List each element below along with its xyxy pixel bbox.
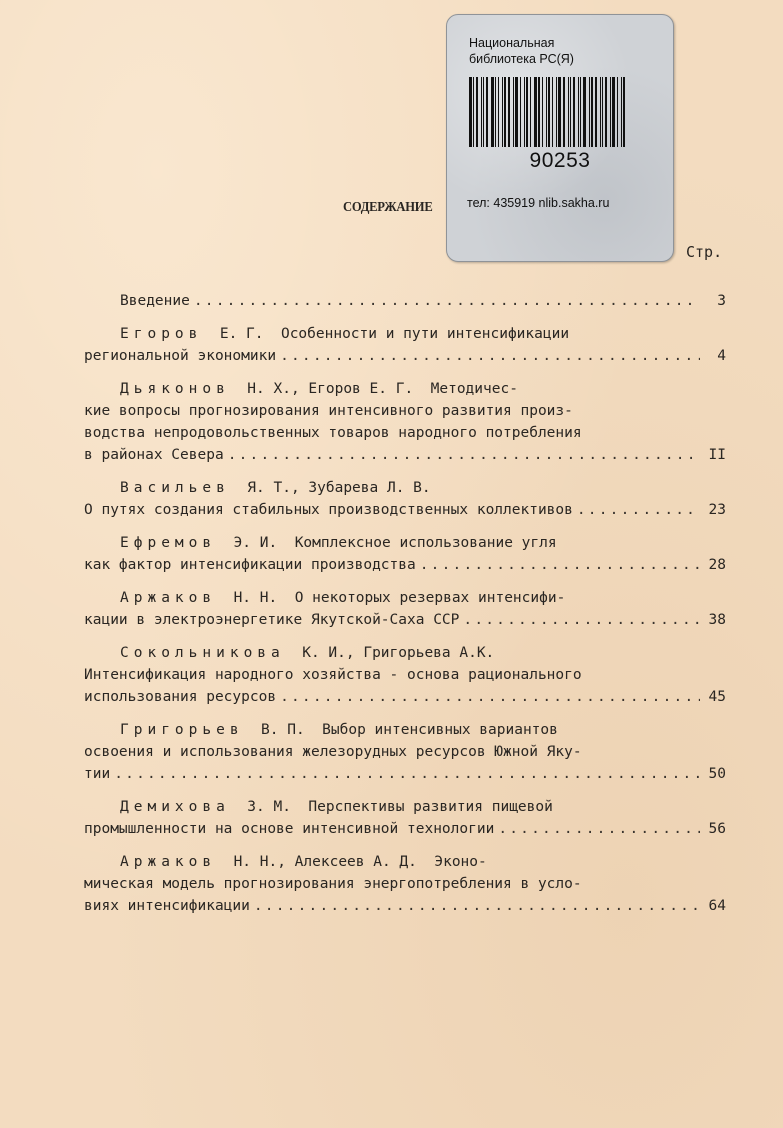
toc-entry: Егоров Е. Г. Особенности и пути интенсиф…	[84, 323, 726, 367]
toc-entry-author: Дьяконов	[120, 378, 230, 400]
toc-entry-line: Егоров Е. Г. Особенности и пути интенсиф…	[84, 323, 726, 345]
toc-entry-line: в районах Севера........................…	[84, 444, 726, 466]
leader-dots: ........................................…	[254, 895, 700, 917]
toc-entry-initials: В. П.	[244, 719, 323, 741]
toc-entry-line: Васильев Я. Т., Зубарева Л. В.	[84, 477, 726, 499]
toc-entry-line: освоения и использования железорудных ре…	[84, 741, 726, 763]
toc-entry-line: Сокольникова К. И., Григорьева А.К.	[84, 642, 726, 664]
toc-entry-line: Аржаков Н. Н., Алексеев А. Д. Эконо-	[84, 851, 726, 873]
leader-dots: ........................................…	[114, 763, 700, 785]
library-name-line1: Национальная	[469, 35, 574, 51]
toc-entry: Сокольникова К. И., Григорьева А.К. Инте…	[84, 642, 726, 708]
toc-entry-line: промышленности на основе интенсивной тех…	[84, 818, 726, 840]
leader-dots: ........................................…	[577, 499, 700, 521]
toc-entry-text: виях интенсификации	[84, 895, 250, 917]
toc-entry-text: О некоторых резервах интенсифи-	[295, 587, 566, 609]
toc-entry: Григорьев В. П. Выбор интенсивных вариан…	[84, 719, 726, 785]
toc-entry: Дьяконов Н. Х., Егоров Е. Г. Методичес-к…	[84, 378, 726, 466]
toc-entry-text: использования ресурсов	[84, 686, 276, 708]
toc-entry-author: Демихова	[120, 796, 230, 818]
toc-entry-line: Интенсификация народного хозяйства - осн…	[84, 664, 726, 686]
leader-dots: ........................................…	[280, 345, 700, 367]
toc-entry-page: 45	[704, 686, 726, 708]
toc-entry-text: Эконо-	[434, 851, 486, 873]
toc-entry-page: II	[704, 444, 726, 466]
toc-entry-line: Дьяконов Н. Х., Егоров Е. Г. Методичес-	[84, 378, 726, 400]
toc-entry-initials: Н. Н.	[216, 587, 295, 609]
toc-entry-line: кие вопросы прогнозирования интенсивного…	[84, 400, 726, 422]
toc-entry-text: Введение	[120, 290, 190, 312]
toc-entry-text: Комплексное использование угля	[295, 532, 557, 554]
library-contact: тел: 435919 nlib.sakha.ru	[467, 196, 609, 210]
toc-entry-author: Сокольникова	[120, 642, 285, 664]
toc-entry-line: мическая модель прогнозирования энергопо…	[84, 873, 726, 895]
toc-entry-text: водства непродовольственных товаров наро…	[84, 422, 582, 444]
library-name-line2: библиотека РС(Я)	[469, 51, 574, 67]
leader-dots: ........................................…	[228, 444, 700, 466]
toc-entry-line: Ефремов Э. И. Комплексное использование …	[84, 532, 726, 554]
toc-entry-page: 4	[704, 345, 726, 367]
toc-entry-initials: К. И., Григорьева А.К.	[285, 642, 512, 664]
toc-entry-text: Выбор интенсивных вариантов	[322, 719, 558, 741]
toc-entry-line: Демихова З. М. Перспективы развития пище…	[84, 796, 726, 818]
toc-entry-line: водства непродовольственных товаров наро…	[84, 422, 726, 444]
toc-entry-initials: Е. Г.	[202, 323, 281, 345]
toc-entry: Введение................................…	[84, 290, 726, 312]
toc-entry: Васильев Я. Т., Зубарева Л. В. О путях с…	[84, 477, 726, 521]
toc-entry: Аржаков Н. Н. О некоторых резервах интен…	[84, 587, 726, 631]
toc-entry-author: Егоров	[120, 323, 202, 345]
leader-dots: ........................................…	[280, 686, 700, 708]
toc-entry-page: 38	[704, 609, 726, 631]
document-page: Национальная библиотека РС(Я) 90253 тел:…	[0, 0, 783, 1128]
toc-entry: Демихова З. М. Перспективы развития пище…	[84, 796, 726, 840]
barcode-icon	[469, 77, 644, 147]
leader-dots: ........................................…	[194, 290, 700, 312]
toc-entry-text: мическая модель прогнозирования энергопо…	[84, 873, 582, 895]
table-of-contents: Введение................................…	[84, 290, 726, 928]
toc-entry-line: кации в электроэнергетике Якутской-Саха …	[84, 609, 726, 631]
toc-entry-text: освоения и использования железорудных ре…	[84, 741, 582, 763]
leader-dots: ........................................…	[463, 609, 700, 631]
toc-entry-line: виях интенсификации.....................…	[84, 895, 726, 917]
toc-entry-page: 64	[704, 895, 726, 917]
toc-entry-author: Григорьев	[120, 719, 244, 741]
toc-entry-author: Аржаков	[120, 587, 216, 609]
toc-entry-text: в районах Севера	[84, 444, 224, 466]
toc-entry-text: Особенности и пути интенсификации	[281, 323, 569, 345]
toc-title: СОДЕРЖАНИЕ	[343, 200, 432, 216]
toc-entry-text: промышленности на основе интенсивной тех…	[84, 818, 494, 840]
toc-entry-text: как фактор интенсификации производства	[84, 554, 416, 576]
library-name: Национальная библиотека РС(Я)	[469, 35, 574, 67]
toc-entry-text: Методичес-	[431, 378, 518, 400]
leader-dots: ........................................…	[498, 818, 700, 840]
toc-entry-text: кации в электроэнергетике Якутской-Саха …	[84, 609, 459, 631]
toc-entry-page: 50	[704, 763, 726, 785]
toc-entry-page: 3	[704, 290, 726, 312]
toc-entry-line: как фактор интенсификации производства..…	[84, 554, 726, 576]
toc-entry-page: 56	[704, 818, 726, 840]
barcode-number: 90253	[447, 149, 673, 173]
toc-entry-text: кие вопросы прогнозирования интенсивного…	[84, 400, 573, 422]
toc-entry-line: Введение................................…	[84, 290, 726, 312]
toc-entry: Аржаков Н. Н., Алексеев А. Д. Эконо-миче…	[84, 851, 726, 917]
library-barcode-sticker: Национальная библиотека РС(Я) 90253 тел:…	[446, 14, 674, 262]
toc-entry-page: 23	[704, 499, 726, 521]
toc-entry-initials: Н. Х., Егоров Е. Г.	[230, 378, 431, 400]
toc-entry-initials: Э. И.	[216, 532, 295, 554]
toc-entry-text: региональной экономики	[84, 345, 276, 367]
toc-entry-author: Аржаков	[120, 851, 216, 873]
toc-entry-line: региональной экономики..................…	[84, 345, 726, 367]
toc-entry-text: О путях создания стабильных производстве…	[84, 499, 573, 521]
toc-entry-author: Ефремов	[120, 532, 216, 554]
toc-entry-text: тии	[84, 763, 110, 785]
toc-entry-author: Васильев	[120, 477, 230, 499]
toc-entry-line: использования ресурсов..................…	[84, 686, 726, 708]
toc-entry-text: Перспективы развития пищевой	[308, 796, 552, 818]
toc-entry-line: тии.....................................…	[84, 763, 726, 785]
toc-entry-initials: Я. Т., Зубарева Л. В.	[230, 477, 448, 499]
toc-entry-line: О путях создания стабильных производстве…	[84, 499, 726, 521]
toc-entry-line: Аржаков Н. Н. О некоторых резервах интен…	[84, 587, 726, 609]
toc-entry-initials: Н. Н., Алексеев А. Д.	[216, 851, 434, 873]
toc-entry: Ефремов Э. И. Комплексное использование …	[84, 532, 726, 576]
page-column-label: Стр.	[686, 243, 722, 261]
leader-dots: ........................................…	[420, 554, 700, 576]
toc-entry-text: Интенсификация народного хозяйства - осн…	[84, 664, 582, 686]
toc-entry-page: 28	[704, 554, 726, 576]
toc-entry-initials: З. М.	[230, 796, 309, 818]
toc-entry-line: Григорьев В. П. Выбор интенсивных вариан…	[84, 719, 726, 741]
